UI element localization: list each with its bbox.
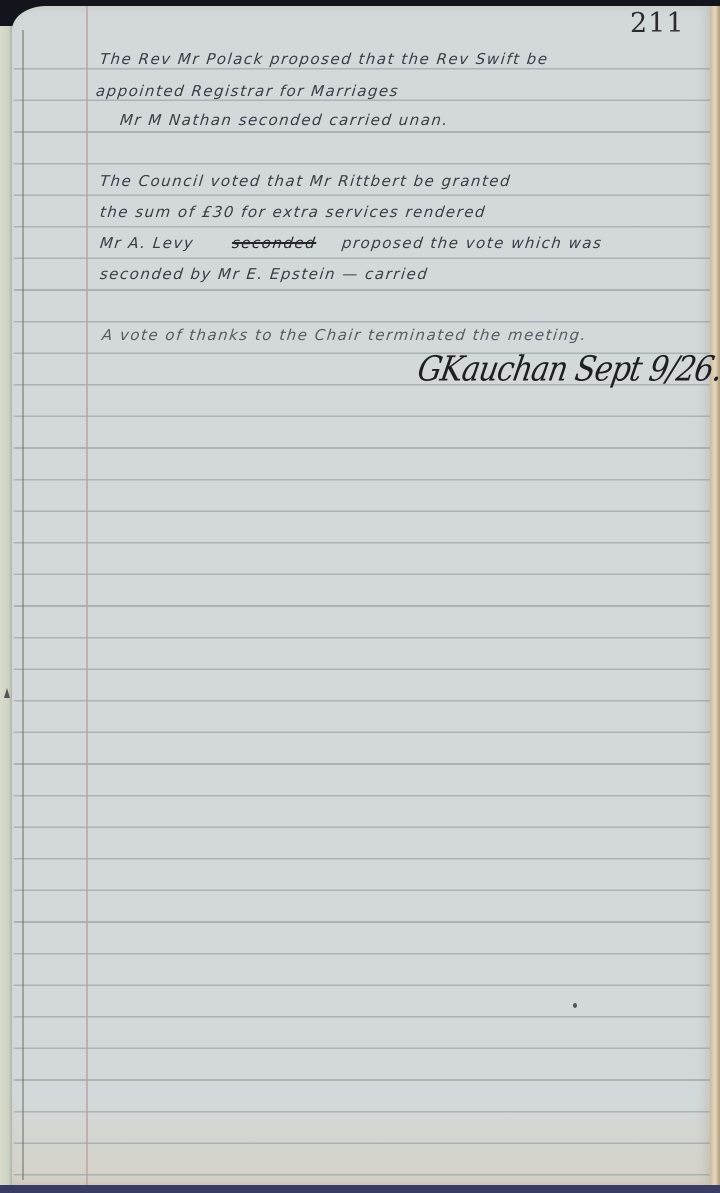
minute-line: A vote of thanks to the Chair terminated… [101,326,588,344]
gutter-line [22,30,24,1180]
minute-line: appointed Registrar for Marriages [95,82,400,100]
signature: GKauchan Sept 9/26. [414,349,720,389]
ink-speck [573,1003,577,1008]
minute-line: proposed the vote which was [341,234,603,252]
bottom-cover [0,1185,720,1193]
margin-line [86,6,88,1186]
minute-line: the sum of £30 for extra services render… [99,203,487,221]
minute-line: Mr M Nathan seconded carried unan. [119,111,450,129]
page-number: 211 [630,8,685,39]
minute-line: The Rev Mr Polack proposed that the Rev … [99,50,549,68]
minute-line: Mr A. Levy [99,234,195,252]
struck-word: seconded [231,234,317,252]
minute-line: seconded by Mr E. Epstein — carried [99,265,429,283]
minute-line: The Council voted that Mr Rittbert be gr… [99,172,512,190]
page-right-edge [710,6,720,1186]
